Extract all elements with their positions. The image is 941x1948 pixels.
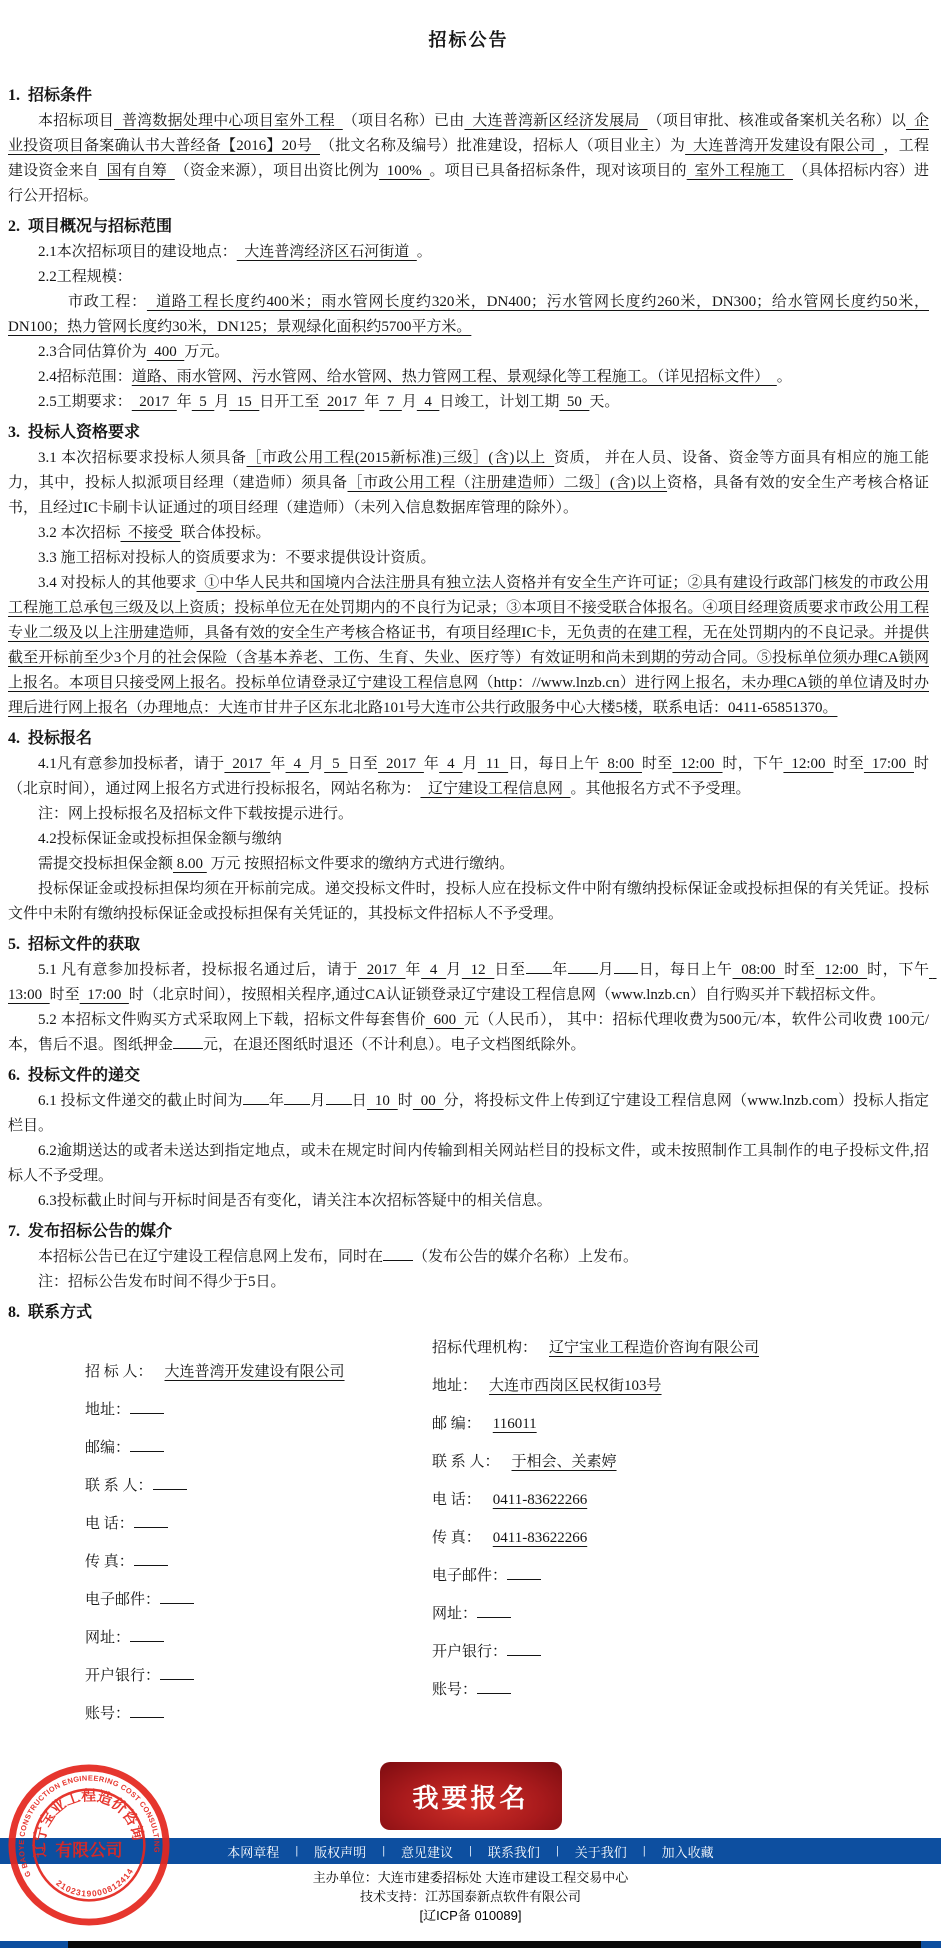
empty-blank [130,1628,164,1642]
footer-link[interactable]: 版权声明 [314,1842,366,1861]
filled-blank: 道路工程长度约400米；雨水管网长度约320米，DN400；污水管网长度约260… [8,294,929,335]
text-run: 4.2投标保证金或投标担保金额与缴纳 [38,831,282,847]
text-run: 月 [309,756,324,772]
paragraph: 本招标公告已在辽宁建设工程信息网上发布，同时在（发布公告的媒介名称）上发布。 [8,1245,929,1270]
text-run: 市政工程： [68,294,147,310]
filled-blank: 4 [286,756,309,772]
contact-column-tenderer: 招 标 人：大连普湾开发建设有限公司地址：邮编：联 系 人：电 话：传 真：电子… [8,1338,432,1742]
paragraph: 2.3合同估算价为 400 万元。 [8,340,929,365]
text-run: 投标保证金或投标担保均须在开标前完成。递交投标文件时，投标人应在投标文件中附有缴… [8,881,929,922]
filled-blank: 2017 [378,756,424,772]
empty-blank [243,1091,269,1105]
contact-row: 电 话：0411-83622266 [432,1490,889,1511]
text-run: 年 [269,1093,284,1109]
text-run: 。项目已具备招标条件，现对该项目的 [430,163,687,179]
section-heading: 2. 项目概况与招标范围 [8,213,929,236]
filled-blank: 400 [147,344,185,360]
filled-blank: 08:00 [733,962,785,978]
contact-row: 邮 编：116011 [432,1414,889,1435]
filled-blank: 4 [417,394,440,410]
contact-value: 116011 [481,1416,549,1432]
empty-blank [326,1091,352,1105]
empty-blank [130,1704,164,1718]
filled-blank: 12 [462,962,495,978]
filled-blank: 4 [421,962,446,978]
paragraph: 投标保证金或投标担保均须在开标前完成。递交投标文件时，投标人应在投标文件中附有缴… [8,877,929,927]
contact-row: 开户银行： [85,1666,432,1687]
contact-row: 账号： [432,1680,889,1701]
text-run: 。 [777,369,792,385]
contact-label: 开户银行： [432,1644,507,1660]
contact-row: 账号： [85,1704,432,1725]
empty-blank [507,1642,541,1656]
paragraph: 6.1 投标文件递交的截止时间为年月日 10 时 00 分，将投标文件上传到辽宁… [8,1089,929,1139]
text-run: 6.2逾期送达的或者未送达到指定地点，或未在规定时间内传输到相关网站栏目的投标文… [8,1143,929,1184]
section-heading: 6. 投标文件的递交 [8,1062,929,1085]
text-run: 注：招标公告发布时间不得少于5日。 [38,1274,286,1290]
filled-blank: 2017 [358,962,406,978]
text-run: 。其他报名方式不予受理。 [571,781,751,797]
nav-separator: | [556,1845,559,1857]
bottom-strip-blue-right [921,1941,941,1948]
contact-row: 传 真： [85,1552,432,1573]
footer-link[interactable]: 意见建议 [401,1842,453,1861]
paragraph: 4.1凡有意参加投标者，请于 2017 年 4 月 5 日至 2017 年 4 … [8,752,929,802]
text-run: 注：网上投标报名及招标文件下载按提示进行。 [38,806,353,822]
empty-blank [568,960,598,974]
contact-value: 大连普湾开发建设有限公司 [153,1364,357,1380]
filled-blank: 8.00 [173,856,207,872]
text-run: 时至 [833,756,863,772]
empty-blank [477,1604,511,1618]
text-run: 日至 [494,962,525,978]
contact-label: 招标代理机构： [432,1340,537,1356]
paragraph: 3.3 施工招标对投标人的资质要求为：不要求提供设计资质。 [8,546,929,571]
footer-link[interactable]: 关于我们 [575,1842,627,1861]
contact-row: 网址： [432,1604,889,1625]
contact-label: 网址： [85,1630,130,1646]
filled-blank: 不接受 [121,525,181,541]
seal-center-text: 有限公司 [55,1840,122,1860]
paragraph: 6.3投标截止时间与开标时间是否有变化，请关注本次招标答疑中的相关信息。 [8,1189,929,1214]
contact-row: 地址： [85,1400,432,1421]
filled-blank: 4 [439,756,462,772]
bottom-strip [0,1941,941,1948]
paragraph: 注：招标公告发布时间不得少于5日。 [8,1270,929,1295]
text-run: 万元。 [184,344,229,360]
paragraph: 2.4招标范围：道路、雨水管网、污水管网、给水管网、热力管网工程、景观绿化等工程… [8,365,929,390]
contact-row: 网址： [85,1628,432,1649]
empty-blank [284,1091,310,1105]
page-title: 招标公告 [8,26,929,52]
text-run: 5.1 凡有意参加投标者，投标报名通过后，请于 [38,962,358,978]
section-heading: 1. 招标条件 [8,82,929,105]
contact-label: 网址： [432,1606,477,1622]
contact-label: 电 话： [432,1492,481,1508]
text-run: 2.4招标范围： [38,369,132,385]
contact-row: 传 真：0411-83622266 [432,1528,889,1549]
empty-blank [153,1476,187,1490]
text-run: 年 [177,394,192,410]
contact-row: 联 系 人： [85,1476,432,1497]
text-run: 本招标项目 [38,113,114,129]
contact-label: 邮 编： [432,1416,481,1432]
footer-link[interactable]: 联系我们 [488,1842,540,1861]
filled-blank: ［市政公用工程(2015新标准)三级］(含)以上 [247,450,555,466]
filled-blank: 室外工程施工 [687,163,793,179]
nav-separator: | [295,1845,298,1857]
bottom-strip-blue-left [0,1941,68,1948]
filled-blank: 5 [324,756,347,772]
contact-value: 辽宁宝业工程造价咨询有限公司 [537,1340,771,1356]
filled-blank: ［市政公用工程（注册建造师）二级］(含)以上 [348,475,668,491]
contact-row: 招标代理机构：辽宁宝业工程造价咨询有限公司 [432,1338,889,1359]
text-run: （项目名称）已由 [343,113,465,129]
paragraph: 3.1 本次招标要求投标人须具备［市政公用工程(2015新标准)三级］(含)以上… [8,446,929,521]
contact-label: 地址： [432,1378,477,1394]
text-run: 月 [310,1093,325,1109]
text-run: 日竣工，计划工期 [439,394,559,410]
section-heading: 8. 联系方式 [8,1299,929,1322]
filled-blank: 11 [478,756,508,772]
paragraph: 3.2 本次招标 不接受 联合体投标。 [8,521,929,546]
contact-column-agency: 招标代理机构：辽宁宝业工程造价咨询有限公司地址：大连市西岗区民权街103号邮 编… [432,1338,929,1742]
paragraph: 5.1 凡有意参加投标者，投标报名通过后，请于 2017 年 4 月 12 日至… [8,958,929,1008]
contact-label: 传 真： [85,1554,134,1570]
contact-value: 于相会、关素婷 [500,1454,629,1470]
empty-blank [173,1035,203,1049]
contact-label: 电子邮件： [85,1592,160,1608]
section-heading: 7. 发布招标公告的媒介 [8,1218,929,1241]
contact-section: 招 标 人：大连普湾开发建设有限公司地址：邮编：联 系 人：电 话：传 真：电子… [8,1338,929,1742]
text-run: 年 [406,962,422,978]
text-run: 天。 [589,394,619,410]
paragraph: 6.2逾期送达的或者未送达到指定地点，或未在规定时间内传输到相关网站栏目的投标文… [8,1139,929,1189]
filled-blank: 7 [379,394,402,410]
contact-label: 账号： [85,1706,130,1722]
text-run: 年 [364,394,379,410]
nav-separator: | [469,1845,472,1857]
text-run: 3.4 对投标人的其他要求 [38,575,197,591]
filled-blank: 17:00 [80,987,129,1003]
filled-blank: 8:00 [599,756,642,772]
contact-label: 开户银行： [85,1668,160,1684]
paragraph: 市政工程： 道路工程长度约400米；雨水管网长度约320米，DN400；污水管网… [8,290,929,340]
paragraph: 本招标项目 普湾数据处理中心项目室外工程 （项目名称）已由 大连普湾新区经济发展… [8,109,929,209]
empty-blank [614,960,638,974]
empty-blank [160,1666,194,1680]
text-run: 2.1本次招标项目的建设地点： [38,244,237,260]
text-run: 万元 按照招标文件要求的缴纳方式进行缴纳。 [207,856,515,872]
contact-value: 0411-83622266 [481,1492,599,1508]
filled-blank: 50 [559,394,589,410]
text-run: 月 [446,962,462,978]
filled-blank: 100% [379,163,430,179]
text-run: （项目审批、核准或备案机关名称）以 [648,113,907,129]
contact-label: 联 系 人： [85,1478,153,1494]
text-run: 年 [552,962,568,978]
filled-blank: 2017 [132,394,177,410]
text-run: 6.1 投标文件递交的截止时间为 [38,1093,243,1109]
text-run: 日至 [348,756,378,772]
company-seal-stamp: LIAONING BAOYE CONSTRUCTION ENGINEERING … [5,1760,173,1930]
filled-blank: 2017 [224,756,270,772]
paragraph: 4.2投标保证金或投标担保金额与缴纳 [8,827,929,852]
text-run: 5.2 本招标文件购买方式采取网上下载，招标文件每套售价 [38,1012,426,1028]
contact-row: 电子邮件： [432,1566,889,1587]
text-run: （资金来源），项目出资比例为 [175,163,379,179]
filled-blank: 15 [229,394,259,410]
text-run: （批文名称及编号）批准建设，招标人（项目业主）为 [320,138,685,154]
paragraph: 2.2工程规模： [8,265,929,290]
contact-row: 电 话： [85,1514,432,1535]
contact-label: 地址： [85,1402,130,1418]
text-run: 日，每日上午 [508,756,599,772]
text-run: 月 [463,756,478,772]
text-run: 联合体投标。 [181,525,271,541]
empty-blank [134,1552,168,1566]
text-run: 月 [214,394,229,410]
text-run: 3.2 本次招标 [38,525,121,541]
text-run: 时至 [784,962,815,978]
filled-blank: 600 [426,1012,464,1028]
paragraph: 需提交投标担保金额 8.00 万元 按照招标文件要求的缴纳方式进行缴纳。 [8,852,929,877]
text-run: 时，下午 [723,756,784,772]
paragraph: 3.4 对投标人的其他要求 ①中华人民共和国境内合法注册具有独立法人资格并有安全… [8,571,929,721]
section-heading: 5. 招标文件的获取 [8,931,929,954]
paragraph: 2.5工期要求： 2017 年 5 月 15 日开工至 2017 年 7 月 4… [8,390,929,415]
filled-blank: 17:00 [864,756,914,772]
empty-blank [130,1400,164,1414]
text-run: 元，在退还图纸时退还（不计利息）。电子文档图纸除外。 [203,1037,586,1053]
filled-blank: 大连普湾新区经济发展局 [464,113,647,129]
tender-document: 招标公告 1. 招标条件本招标项目 普湾数据处理中心项目室外工程 （项目名称）已… [0,0,941,1742]
filled-blank: 大连普湾开发建设有限公司 [685,138,883,154]
empty-blank [507,1566,541,1580]
contact-label: 电 话： [85,1516,134,1532]
text-run: 本招标公告已在辽宁建设工程信息网上发布，同时在 [38,1249,383,1265]
contact-row: 地址：大连市西岗区民权街103号 [432,1376,889,1397]
filled-blank: 大连普湾经济区石河街道 [237,244,417,260]
paragraph: 2.1本次招标项目的建设地点： 大连普湾经济区石河街道 。 [8,240,929,265]
section-heading: 3. 投标人资格要求 [8,419,929,442]
text-run: 日 [352,1093,367,1109]
contact-value: 0411-83622266 [481,1530,599,1546]
text-run: 日，每日上午 [638,962,732,978]
empty-blank [383,1247,413,1261]
filled-blank: 10 [367,1093,398,1109]
text-run: 时（北京时间），按照相关程序,通过CA认证锁登录辽宁建设工程信息网（www.ln… [129,987,885,1003]
contact-value: 大连市西岗区民权街103号 [477,1378,674,1394]
text-run: 时 [398,1093,413,1109]
text-run: 4.1凡有意参加投标者，请于 [38,756,224,772]
empty-blank [526,960,552,974]
text-run: 年 [424,756,439,772]
footer-link[interactable]: 本网章程 [227,1842,279,1861]
text-run: 6.3投标截止时间与开标时间是否有变化，请关注本次招标答疑中的相关信息。 [38,1193,552,1209]
filled-blank: 12:00 [783,756,833,772]
paragraph: 5.2 本招标文件购买方式采取网上下载，招标文件每套售价 600 元（人民币），… [8,1008,929,1058]
filled-blank: 5 [192,394,215,410]
empty-blank [477,1680,511,1694]
nav-separator: | [643,1845,646,1857]
text-run: 2.2工程规模： [38,269,132,285]
filled-blank: 辽宁建设工程信息网 [421,781,571,797]
contact-label: 传 真： [432,1530,481,1546]
contact-row: 联 系 人：于相会、关素婷 [432,1452,889,1473]
text-run: 月 [598,962,614,978]
tender-announcement-page: 招标公告 1. 招标条件本招标项目 普湾数据处理中心项目室外工程 （项目名称）已… [0,0,941,1948]
contact-row: 招 标 人：大连普湾开发建设有限公司 [85,1362,432,1383]
section-heading: 4. 投标报名 [8,725,929,748]
nav-separator: | [382,1845,385,1857]
text-run: （发布公告的媒介名称）上发布。 [413,1249,638,1265]
filled-blank: 00 [413,1093,444,1109]
empty-blank [160,1590,194,1604]
text-run: 时至 [50,987,80,1003]
text-run: 日开工至 [259,394,319,410]
text-run: 3.1 本次招标要求投标人须具备 [38,450,247,466]
footer-link[interactable]: 加入收藏 [662,1842,714,1861]
contact-row: 邮编： [85,1438,432,1459]
text-run: 2.5工期要求： [38,394,132,410]
contact-label: 招 标 人： [85,1364,153,1380]
filled-blank: 国有自筹 [99,163,175,179]
document-sections: 1. 招标条件本招标项目 普湾数据处理中心项目室外工程 （项目名称）已由 大连普… [8,82,929,1322]
contact-row: 电子邮件： [85,1590,432,1611]
paragraph: 注：网上投标报名及招标文件下载按提示进行。 [8,802,929,827]
filled-blank: 道路、雨水管网、污水管网、给水管网、热力管网工程、景观绿化等工程施工。（详见招标… [132,369,777,385]
contact-label: 电子邮件： [432,1568,507,1584]
bottom-strip-black [68,1941,921,1948]
text-run: 月 [402,394,417,410]
filled-blank: 12:00 [815,962,867,978]
contact-label: 联 系 人： [432,1454,500,1470]
text-run: 年 [270,756,285,772]
filled-blank: 12:00 [672,756,722,772]
filled-blank: 普湾数据处理中心项目室外工程 [114,113,343,129]
contact-row: 开户银行： [432,1642,889,1663]
text-run: 2.3合同估算价为 [38,344,147,360]
contact-label: 账号： [432,1682,477,1698]
text-run: 时，下午 [867,962,929,978]
text-run: 需提交投标担保金额 [38,856,173,872]
text-run: 时至 [642,756,672,772]
filled-blank: ①中华人民共和国境内合法注册具有独立法人资格并有安全生产许可证；②具有建设行政部… [8,575,929,716]
contact-label: 邮编： [85,1440,130,1456]
text-run: 3.3 施工招标对投标人的资质要求为：不要求提供设计资质。 [38,550,436,566]
empty-blank [130,1438,164,1452]
text-run: 。 [417,244,432,260]
signup-button[interactable]: 我要报名 [380,1762,562,1830]
empty-blank [134,1514,168,1528]
filled-blank: 2017 [319,394,364,410]
